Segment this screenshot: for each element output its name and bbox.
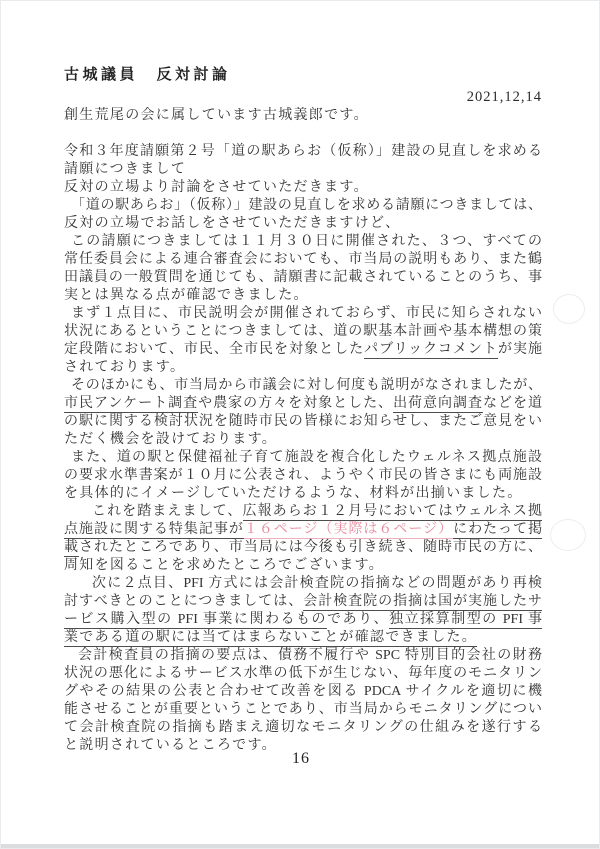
text-segment: 反対の立場より討論をさせていただきます。 — [64, 180, 369, 195]
text-line: まず１点目に、市民説明会が開催されておらず、市民に知らされない — [64, 305, 542, 323]
text-line: 次に２点目、PFI 方式には会計検査院の指摘などの問題があり再検 — [64, 575, 542, 593]
text-segment: などを道 — [483, 396, 542, 411]
underlined-text: 業である道の駅には当てはまらないことが確認できました。 — [64, 630, 477, 647]
text-segment: 周知を図ることを求めたところでございます。 — [64, 558, 384, 573]
text-line: ただく機会を設けております。 — [64, 431, 542, 449]
underlined-text: 出荷意向調査 — [393, 396, 483, 413]
text-segment: 次に２点目、PFI 方式には会計検査院の指摘などの問題があり再検 — [92, 576, 542, 591]
text-line: 能させることが重要ということであり、市当局からモニタリングについ — [64, 701, 542, 719]
text-line: の要求水準書案が１０月に公表され、ようやく市民の皆さまにも両施設 — [64, 467, 542, 485]
text-line: 状況の悪化によるサービス水準の低下が生じない、毎年度のモニタリン — [64, 665, 542, 683]
text-segment: この請願につきましては１１月３０日に開催された、３つ、すべての — [71, 234, 542, 249]
text-line: 討すべきとのことにつきましては、会計検査院の指摘は国が実施したサ — [64, 593, 542, 611]
text-segment: 創生荒尾の会に属しています古城義郎です。 — [64, 108, 369, 123]
text-line: 業である道の駅には当てはまらないことが確認できました。 — [64, 629, 542, 647]
text-segment: されております。 — [64, 360, 185, 375]
underlined-text: 載 — [64, 540, 79, 557]
text-segment: の要求水準書案が１０月に公表され、ようやく市民の皆さまにも両施設 — [64, 468, 542, 483]
text-line: 令和３年度請願第２号「道の駅あらお（仮称）」建設の見直しを求める — [64, 143, 542, 161]
text-segment: 請願につきまして — [64, 162, 186, 177]
text-line: 反対の立場でお話しをさせていただきますけど、 — [64, 215, 542, 233]
text-line: この請願につきましては１１月３０日に開催された、３つ、すべての — [64, 233, 542, 251]
text-segment: 状況にあるということにつきましては、道の駅基本計画や基本構想の策 — [64, 324, 542, 339]
text-line: 周知を図ることを求めたところでございます。 — [64, 557, 542, 575]
text-segment: や農家の方々を対象とした、 — [198, 396, 393, 411]
text-segment: 実とは異なる点が確認できました。 — [64, 288, 309, 303]
text-line: 反対の立場より討論をさせていただきます。 — [64, 179, 542, 197]
text-segment: 常任委員会による連合審査会においても、市当局の説明もあり、また鶴 — [64, 252, 542, 267]
text-segment: そのほかにも、市当局から市議会に対し何度も説明がなされましたが、 — [71, 378, 542, 393]
text-line: 市民アンケート調査や農家の方々を対象とした、出荷意向調査などを道 — [64, 395, 542, 413]
speech-body: 創生荒尾の会に属しています古城義郎です。 令和３年度請願第２号「道の駅あらお（仮… — [64, 107, 542, 755]
text-line: 点施設に関する特集記事が１６ページ（実際は６ページ）にわたって掲 — [64, 521, 542, 539]
underlined-text: にわたって掲 — [453, 522, 542, 539]
underlined-text: ービス購入型の PFI 事業に関わるもの — [64, 612, 327, 629]
text-segment: 田議員の一般質問を通じても、請願書に記載されていることのうち、事 — [64, 270, 542, 285]
document-date: 2021,12,14 — [64, 89, 542, 106]
text-segment: 令和３年度請願第２号「道の駅あらお（仮称）」建設の見直しを求める — [64, 144, 542, 159]
text-line: て会計検査院の指摘も踏まえ適切なモニタリングの仕組みを遂行する — [64, 719, 542, 737]
text-line: そのほかにも、市当局から市議会に対し何度も説明がなされましたが、 — [64, 377, 542, 395]
text-segment: 状況の悪化によるサービス水準の低下が生じない、毎年度のモニタリン — [64, 666, 542, 681]
text-line: 定段階において、市民、全市民を対象としたパブリックコメントが実施 — [64, 341, 542, 359]
text-line: されております。 — [64, 359, 542, 377]
underlined-text: 会計検査院の指摘は国が実施したサ — [303, 594, 542, 611]
text-line: 状況にあるということにつきましては、道の駅基本計画や基本構想の策 — [64, 323, 542, 341]
text-line: 常任委員会による連合審査会においても、市当局の説明もあり、また鶴 — [64, 251, 542, 269]
text-segment: の駅に関する検討状況を随時市民の皆様にお知らせし、またご意見をい — [64, 414, 542, 429]
scan-page-edge — [1, 844, 600, 848]
text-line: 請願につきまして — [64, 161, 542, 179]
scan-artifact — [550, 519, 586, 551]
text-segment: 定段階において、市民、全市民を対象とした — [64, 342, 364, 357]
text-segment: これを踏まえまして、 — [92, 504, 243, 519]
text-line: を具体的にイメージしていただけるような、材料が出揃いました。 — [64, 485, 542, 503]
underlined-text: 独立採算制型の PFI 事 — [389, 612, 542, 629]
text-segment: 能させることが重要ということであり、市当局からモニタリングについ — [64, 702, 542, 717]
text-segment: グやその結果の公表と合わせて改善を図る PDCA サイクルを適切に機 — [64, 684, 542, 699]
text-segment: また、道の駅と保健福祉子育て施設を複合化したウェルネス拠点施設 — [71, 450, 542, 465]
text-segment: 討すべきとのことにつきましては、 — [64, 594, 303, 609]
text-segment: であり、 — [327, 612, 389, 627]
speech-heading: 古城議員 反対討論 — [64, 63, 542, 84]
text-line: また、道の駅と保健福祉子育て施設を複合化したウェルネス拠点施設 — [64, 449, 542, 467]
text-line: 創生荒尾の会に属しています古城義郎です。 — [64, 107, 542, 125]
underlined-text: 市民アンケート調査 — [64, 396, 198, 413]
text-segment: 会計検査員の指摘の要点は、債務不履行や SPC 特別目的会社の財務 — [78, 648, 542, 663]
text-segment: ただく機会を設けております。 — [64, 432, 277, 447]
text-segment: が実施 — [498, 342, 542, 357]
text-line: 田議員の一般質問を通じても、請願書に記載されていることのうち、事 — [64, 269, 542, 287]
text-line: ービス購入型の PFI 事業に関わるものであり、独立採算制型の PFI 事 — [64, 611, 542, 629]
scanned-document-page: 古城議員 反対討論 2021,12,14 創生荒尾の会に属しています古城義郎です… — [0, 0, 600, 849]
underlined-text: パブリックコメント — [364, 342, 498, 359]
text-line: 「道の駅あらお」（仮称）」建設の見直しを求める請願につきましては、 — [64, 197, 542, 215]
pink-highlight-text: １６ページ（実際は６ページ） — [244, 522, 453, 539]
text-line: グやその結果の公表と合わせて改善を図る PDCA サイクルを適切に機 — [64, 683, 542, 701]
scan-artifact — [553, 294, 585, 324]
text-line: これを踏まえまして、広報あらお１２月号においてはウェルネス拠 — [64, 503, 542, 521]
text-segment: て会計検査院の指摘も踏まえ適切なモニタリングの仕組みを遂行する — [64, 720, 542, 735]
text-line: 会計検査員の指摘の要点は、債務不履行や SPC 特別目的会社の財務 — [64, 647, 542, 665]
text-segment: まず１点目に、市民説明会が開催されておらず、市民に知らされない — [71, 306, 542, 321]
text-line: 実とは異なる点が確認できました。 — [64, 287, 542, 305]
underlined-text: 点施設に関する特集記事が — [64, 522, 244, 539]
text-segment: されたところであり、市当局には今後も引き続き、随時市民の方に、 — [79, 540, 542, 555]
text-line: 載されたところであり、市当局には今後も引き続き、随時市民の方に、 — [64, 539, 542, 557]
blank-line — [64, 125, 542, 143]
text-segment: を具体的にイメージしていただけるような、材料が出揃いました。 — [64, 486, 523, 501]
underlined-text: 広報あらお１２月号においてはウェルネス拠 — [243, 504, 542, 521]
text-segment: 「道の駅あらお」（仮称）」建設の見直しを求める請願につきましては、 — [71, 198, 542, 213]
text-line: の駅に関する検討状況を随時市民の皆様にお知らせし、またご意見をい — [64, 413, 542, 431]
text-segment: 反対の立場でお話しをさせていただきますけど、 — [64, 216, 401, 231]
page-number: 16 — [1, 750, 600, 768]
